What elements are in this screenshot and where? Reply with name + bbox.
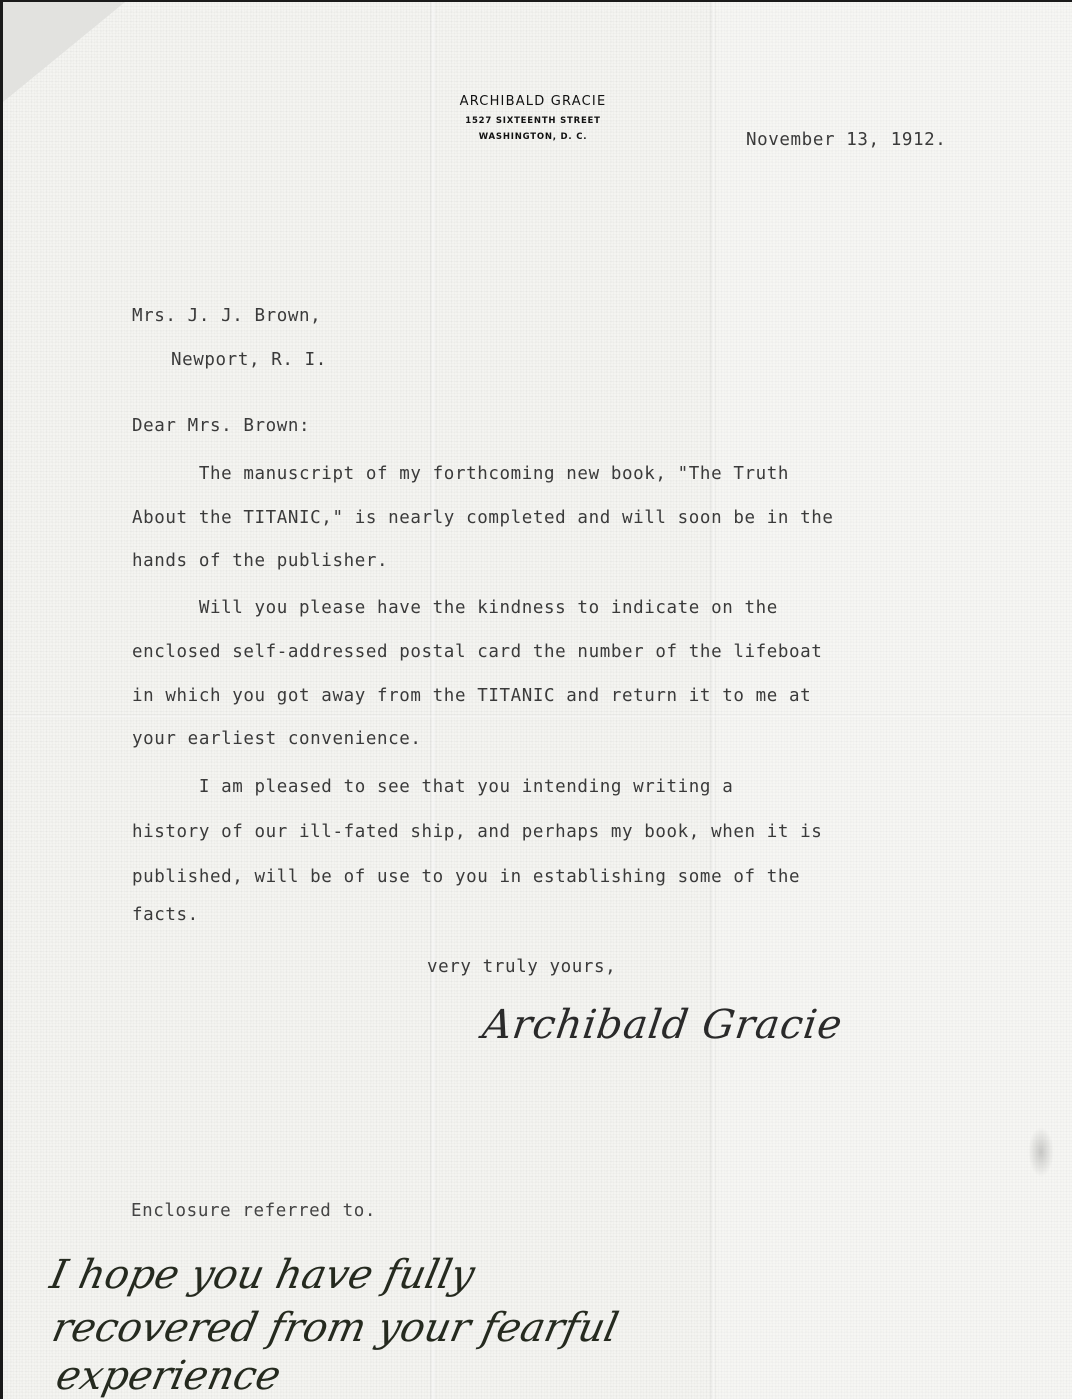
letterhead: ARCHIBALD GRACIE 1527 SIXTEENTH STREET W… xyxy=(433,94,633,142)
handwritten-postscript-line: I hope you have fully xyxy=(46,1252,479,1298)
body-line: history of our ill-fated ship, and perha… xyxy=(132,822,822,842)
handwritten-postscript-line: experience xyxy=(52,1353,285,1399)
letterhead-street: 1527 SIXTEENTH STREET xyxy=(433,116,633,126)
fold-line-horizontal xyxy=(3,714,1072,719)
letter-page: ARCHIBALD GRACIE 1527 SIXTEENTH STREET W… xyxy=(3,2,1072,1399)
signature: Archibald Gracie xyxy=(480,1002,846,1048)
body-line: I am pleased to see that you intending w… xyxy=(132,777,733,797)
body-line: your earliest convenience. xyxy=(132,729,422,749)
folded-corner xyxy=(3,2,125,102)
body-line: The manuscript of my forthcoming new boo… xyxy=(132,464,789,484)
body-line: Will you please have the kindness to ind… xyxy=(132,598,778,618)
body-line: published, will be of use to you in esta… xyxy=(132,867,800,887)
ink-smudge xyxy=(1028,1127,1054,1177)
body-line: About the TITANIC," is nearly completed … xyxy=(132,508,834,528)
handwritten-postscript-line: recovered from your fearful xyxy=(48,1305,622,1351)
closing: very truly yours, xyxy=(427,957,616,977)
letterhead-name: ARCHIBALD GRACIE xyxy=(433,94,633,109)
body-line: facts. xyxy=(132,905,199,925)
body-line: enclosed self-addressed postal card the … xyxy=(132,642,822,662)
enclosure-note: Enclosure referred to. xyxy=(131,1201,376,1221)
body-line: in which you got away from the TITANIC a… xyxy=(132,686,811,706)
salutation: Dear Mrs. Brown: xyxy=(132,416,310,436)
recipient-name: Mrs. J. J. Brown, xyxy=(132,306,321,326)
body-line: hands of the publisher. xyxy=(132,551,388,571)
letterhead-city: WASHINGTON, D. C. xyxy=(433,132,633,142)
recipient-location: Newport, R. I. xyxy=(171,350,327,370)
letter-date: November 13, 1912. xyxy=(746,130,946,150)
